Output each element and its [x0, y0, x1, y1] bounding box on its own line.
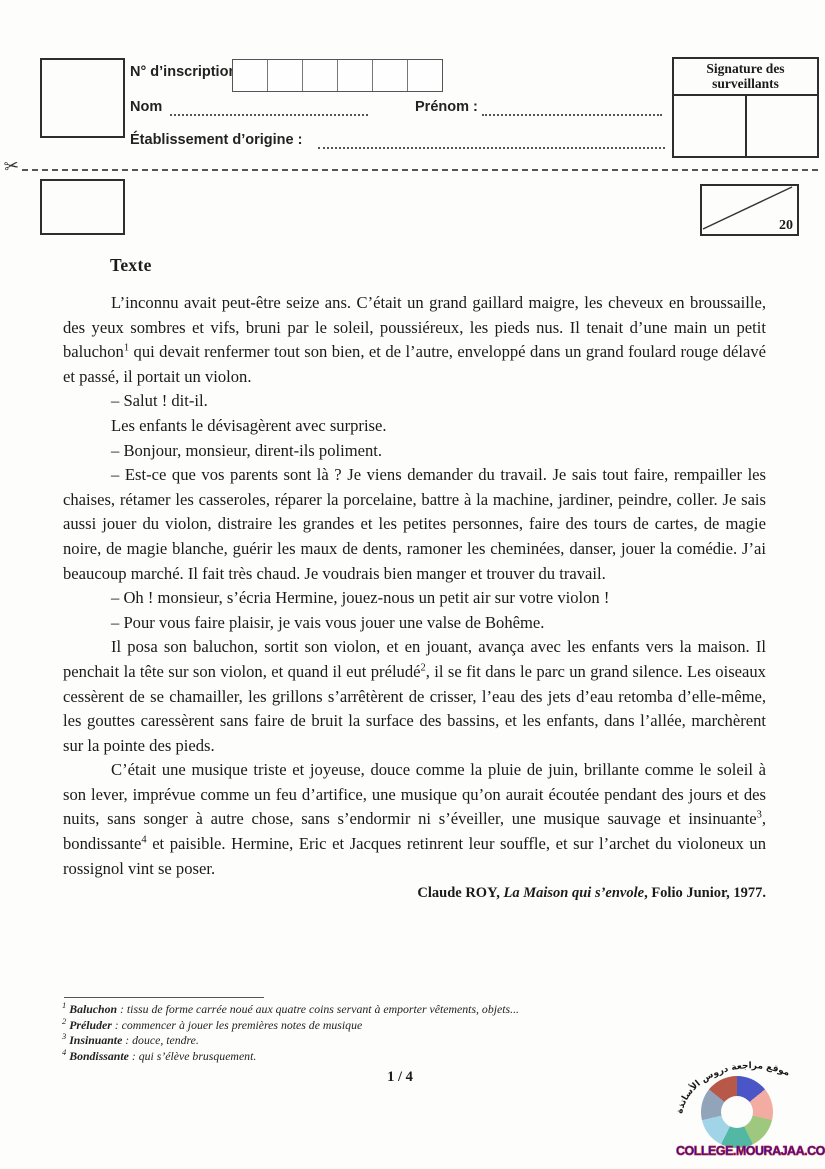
etablissement-label: Établissement d’origine :: [130, 132, 302, 148]
signature-box-title: Signature des surveillants: [674, 59, 817, 96]
texte-heading: Texte: [110, 255, 152, 276]
attribution-line: Claude ROY, La Maison qui s’envole, Foli…: [63, 881, 766, 906]
inscription-cell: [268, 60, 303, 91]
signature-column-left: [674, 96, 747, 156]
page-number: 1 / 4: [340, 1069, 460, 1086]
prenom-dotted-line: [482, 100, 662, 116]
footnote: 4 Bondissante : qui s’élève brusquement.: [62, 1049, 742, 1065]
svg-text:موقع مراجعة دروس الأساتذة: موقع مراجعة دروس الأساتذة: [676, 1061, 791, 1115]
signature-columns: [674, 96, 817, 156]
signature-box: Signature des surveillants: [672, 57, 819, 158]
scissors-icon: ✂: [3, 155, 21, 178]
inscription-grid: [232, 59, 443, 92]
attribution-edition: , Folio Junior, 1977.: [644, 885, 766, 901]
footnote-reference: 2: [421, 662, 426, 673]
texte-paragraph: – Pour vous faire plaisir, je vais vous …: [63, 611, 766, 636]
footnote: 2 Préluder : commencer à jouer les premi…: [62, 1018, 742, 1034]
score-box: 20: [700, 184, 799, 236]
texte-paragraph: – Est-ce que vos parents sont là ? Je vi…: [63, 463, 766, 586]
attribution-author: Claude ROY,: [417, 885, 503, 901]
site-logo: موقع مراجعة دروس الأساتذة COLLEGE.MOURAJ…: [676, 1056, 824, 1166]
attribution-work-title: La Maison qui s’envole: [503, 885, 644, 901]
nom-dotted-line: [170, 100, 368, 116]
footnote-separator: [64, 997, 264, 998]
footnotes-list: 1 Baluchon : tissu de forme carrée noué …: [62, 1002, 742, 1064]
cut-dashed-line: [22, 169, 818, 171]
inscription-cell: [373, 60, 408, 91]
score-max-value: 20: [779, 218, 793, 234]
footnote-reference: 4: [141, 835, 146, 846]
texte-paragraph: – Bonjour, monsieur, dirent-ils poliment…: [63, 439, 766, 464]
footnote-reference: 3: [757, 810, 762, 821]
footnote-reference: 1: [124, 343, 129, 354]
prenom-label: Prénom :: [415, 99, 478, 115]
inscription-cell: [233, 60, 268, 91]
texte-paragraph: – Salut ! dit-il.: [63, 389, 766, 414]
etablissement-dotted-line: [318, 133, 665, 149]
inscription-cell: [408, 60, 442, 91]
inscription-cell: [303, 60, 338, 91]
signature-column-right: [747, 96, 818, 156]
inscription-label: N° d’inscription :: [130, 64, 246, 80]
texte-paragraph: C’était une musique triste et joyeuse, d…: [63, 758, 766, 881]
footnote: 3 Insinuante : douce, tendre.: [62, 1033, 742, 1049]
texte-paragraph: L’inconnu avait peut-être seize ans. C’é…: [63, 291, 766, 389]
nom-label: Nom: [130, 99, 162, 115]
stamp-box-middle: [40, 179, 125, 235]
stamp-box-top: [40, 58, 125, 138]
texte-paragraph: Les enfants le dévisagèrent avec surpris…: [63, 414, 766, 439]
footnote: 1 Baluchon : tissu de forme carrée noué …: [62, 1002, 742, 1018]
texte-paragraph: Il posa son baluchon, sortit son violon,…: [63, 635, 766, 758]
texte-paragraph: – Oh ! monsieur, s’écria Hermine, jouez-…: [63, 586, 766, 611]
texte-body: L’inconnu avait peut-être seize ans. C’é…: [63, 291, 766, 906]
site-name-banner: COLLEGE.MOURAJAA.COM: [676, 1144, 824, 1158]
inscription-cell: [338, 60, 373, 91]
exam-page-scan: N° d’inscription : Nom Prénom : Établiss…: [0, 0, 825, 1169]
